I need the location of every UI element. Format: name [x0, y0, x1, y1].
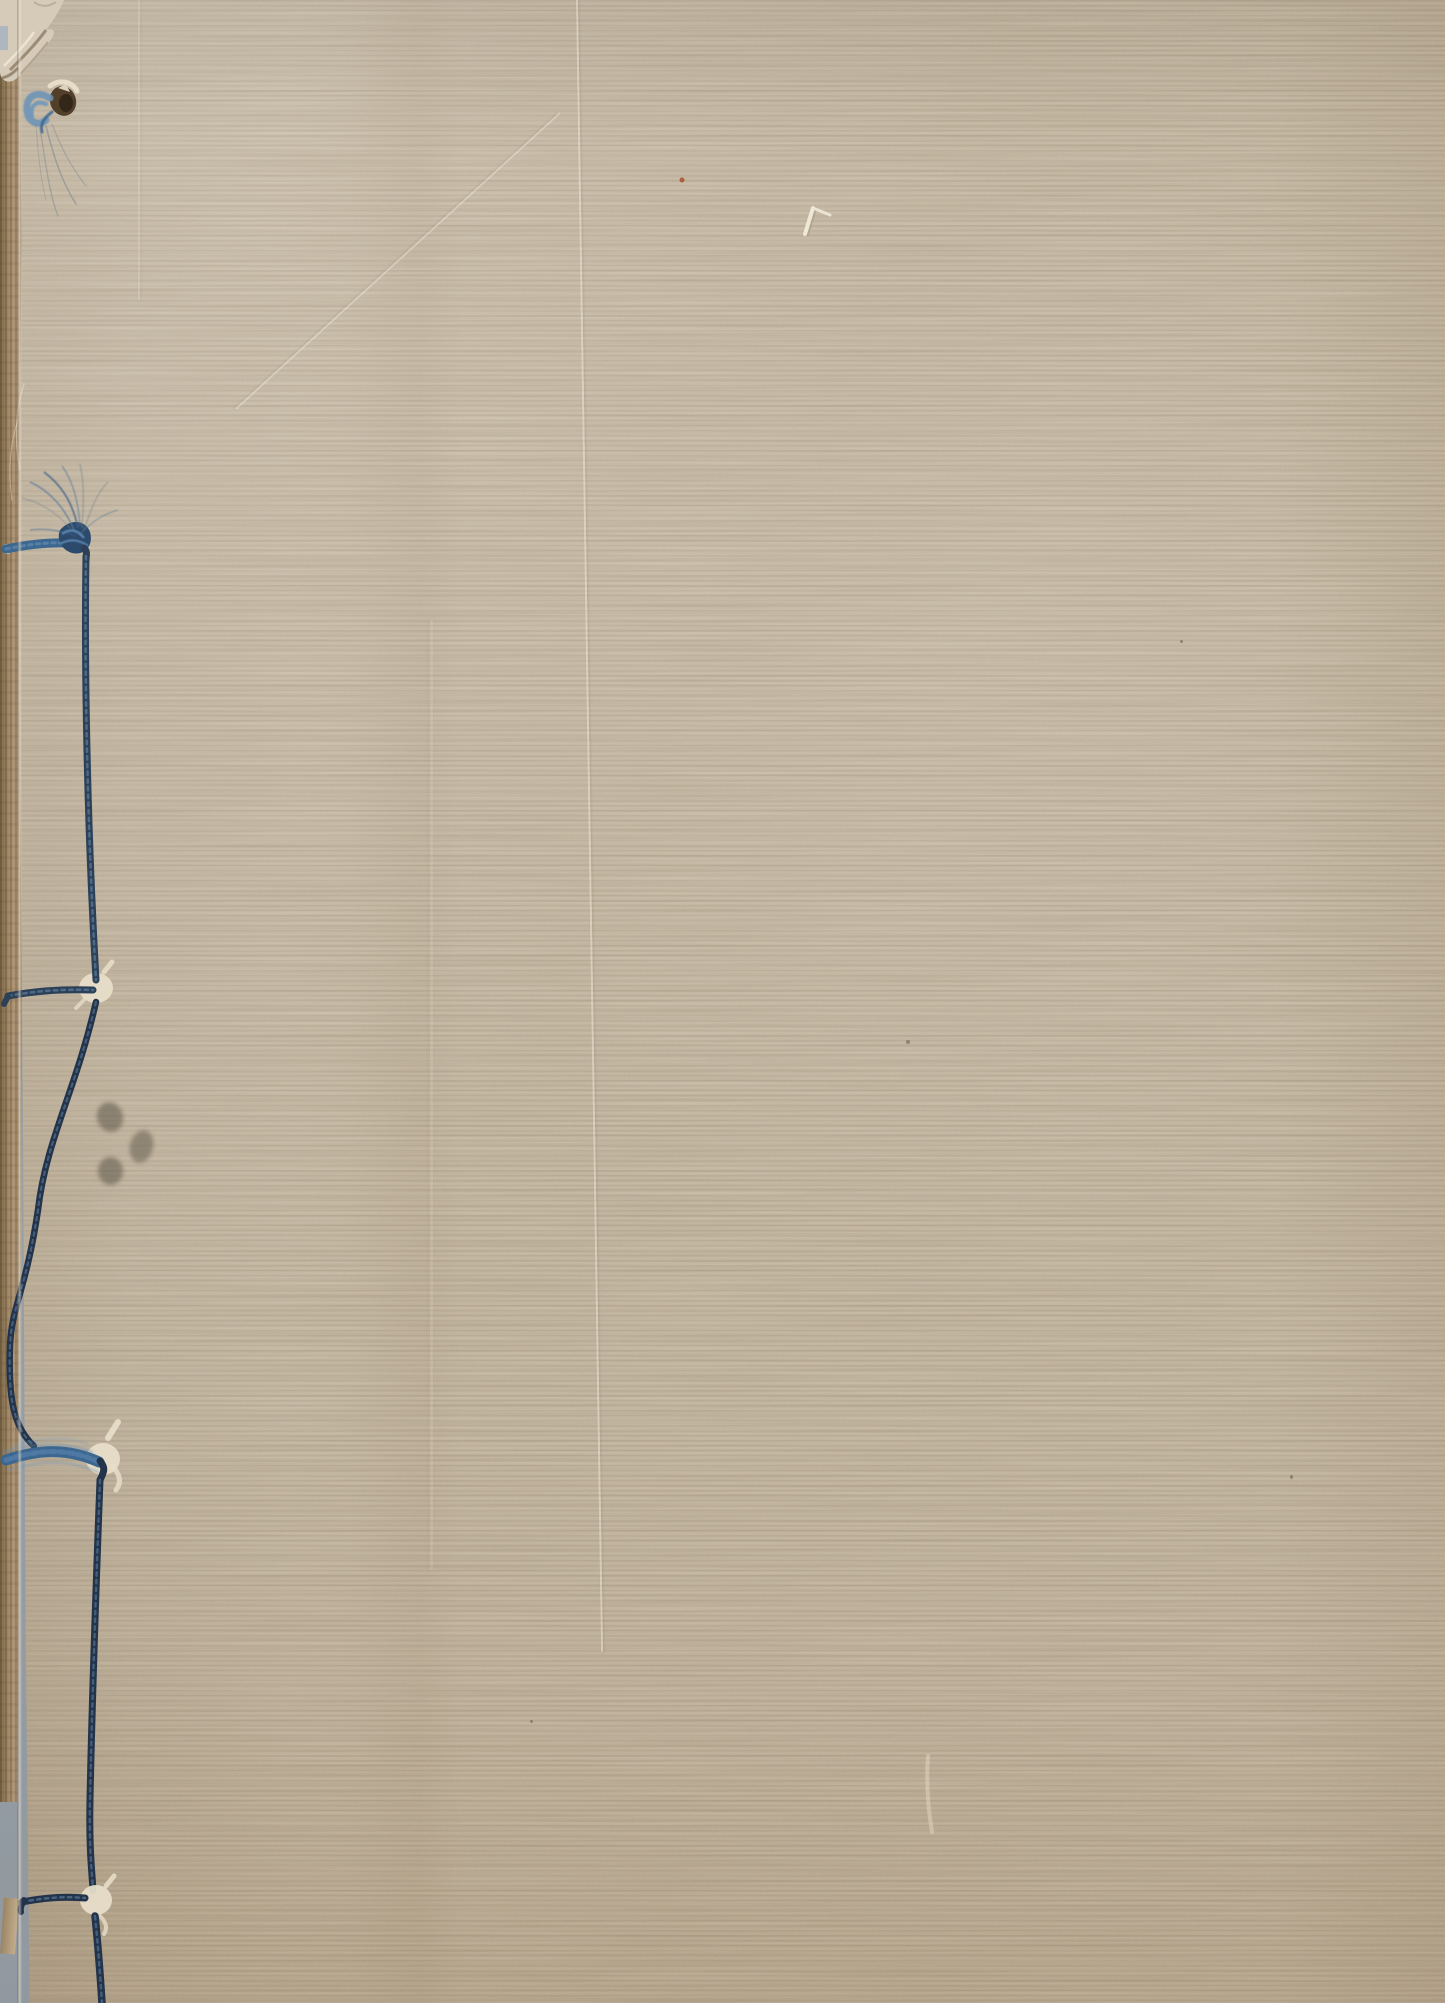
book-cover-photo: .t-dark{stroke:var(--thread-dark,#22334a…	[0, 0, 1445, 2003]
torn-corner-flap	[0, 0, 64, 82]
binding-and-details: .t-dark{stroke:var(--thread-dark,#22334a…	[0, 0, 1445, 2003]
edge-wrap-bend	[4, 996, 8, 1004]
knot-fray-fan	[22, 464, 118, 546]
trailing-wisp	[40, 128, 58, 216]
trailing-wisp	[52, 124, 86, 186]
pale-scratch	[927, 1756, 932, 1832]
backdrop-sliver	[0, 26, 8, 50]
red-fleck	[680, 178, 685, 183]
blue-tuft	[32, 103, 46, 116]
cover-cut-edge	[17, 0, 22, 2003]
thread-to-bottom-edge	[95, 1916, 102, 2003]
diagonal-slack-thread	[10, 1002, 96, 1446]
torn-hole-with-tuft	[27, 82, 86, 216]
cord-twist	[10, 1002, 96, 1446]
paper-nick	[805, 208, 830, 236]
